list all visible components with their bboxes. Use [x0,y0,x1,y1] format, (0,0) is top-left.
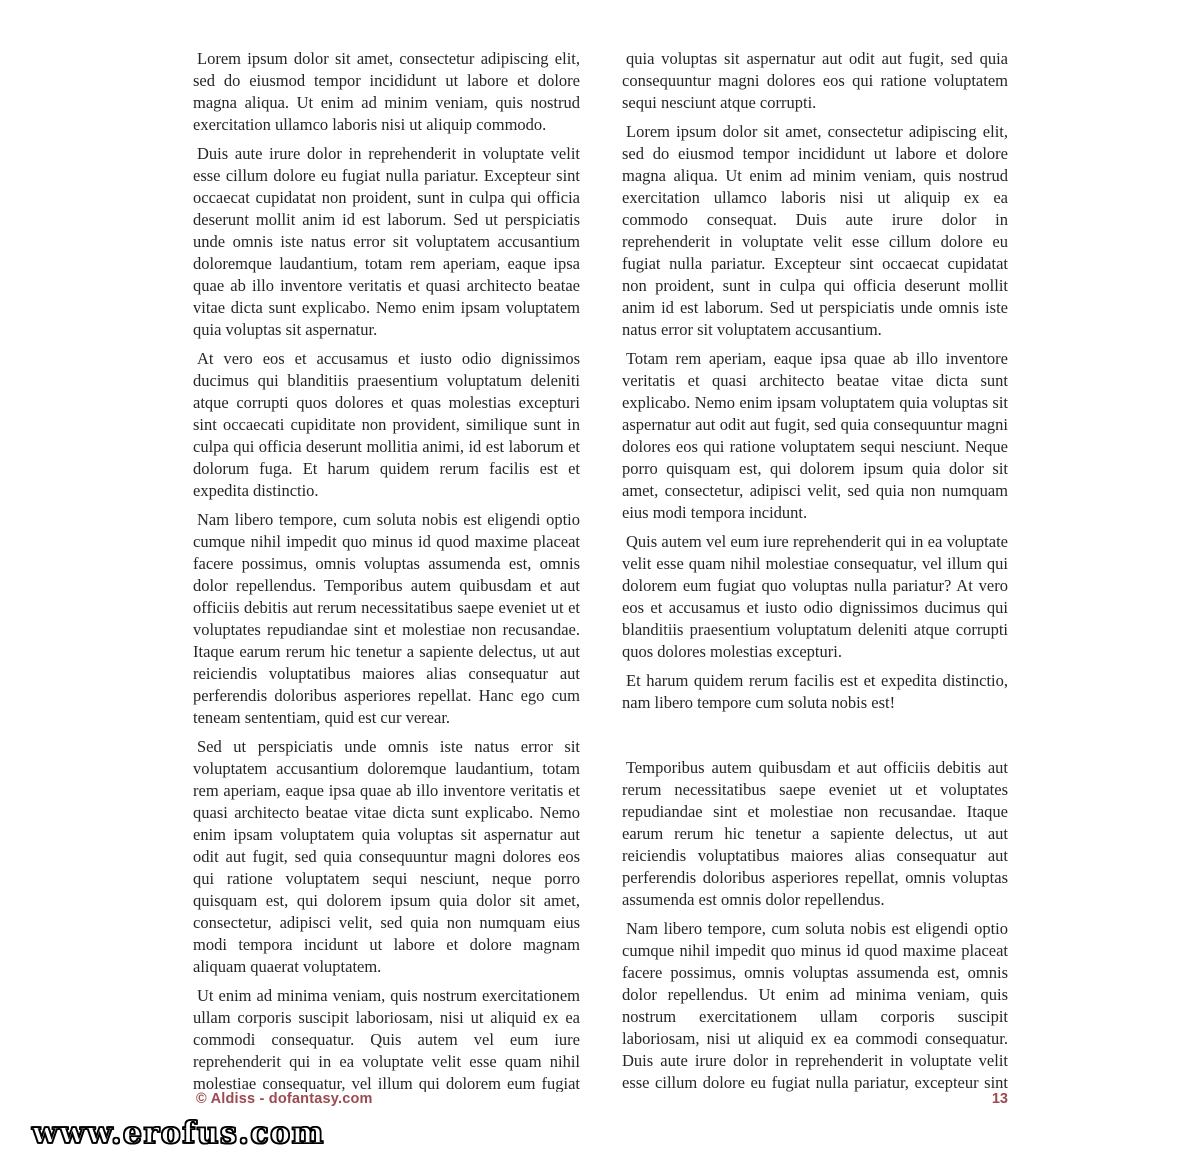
page-number: 13 [992,1091,1008,1107]
right-column-top-section: quia voluptas sit aspernatur aut odit au… [622,48,1008,714]
paragraph: Lorem ipsum dolor sit amet, consectetur … [193,48,580,136]
section-break [622,721,1008,757]
paragraph: Nam libero tempore, cum soluta nobis est… [622,918,1008,1092]
paragraph: Totam rem aperiam, eaque ipsa quae ab il… [622,348,1008,524]
text-column-right: quia voluptas sit aspernatur aut odit au… [622,48,1008,1092]
paragraph: Lorem ipsum dolor sit amet, consectetur … [622,121,1008,341]
right-column-bottom-section: Temporibus autem quibusdam et aut offici… [622,757,1008,1092]
paragraph: Duis aute irure dolor in reprehenderit i… [193,143,580,341]
footer-credit: © Aldiss - dofantasy.com [196,1091,373,1107]
text-column-left: Lorem ipsum dolor sit amet, consectetur … [193,48,580,1092]
paragraph: Ut enim ad minima veniam, quis nostrum e… [193,985,580,1092]
paragraph: At vero eos et accusamus et iusto odio d… [193,348,580,502]
paragraph: Et harum quidem rerum facilis est et exp… [622,670,1008,714]
paragraph: quia voluptas sit aspernatur aut odit au… [622,48,1008,114]
paragraph: Sed ut perspiciatis unde omnis iste natu… [193,736,580,978]
paragraph: Quis autem vel eum iure reprehenderit qu… [622,531,1008,663]
paragraph: Nam libero tempore, cum soluta nobis est… [193,509,580,729]
watermark-text: www.erofus.com [32,1116,325,1151]
paragraph: Temporibus autem quibusdam et aut offici… [622,757,1008,911]
document-page: Lorem ipsum dolor sit amet, consectetur … [0,0,1200,1157]
